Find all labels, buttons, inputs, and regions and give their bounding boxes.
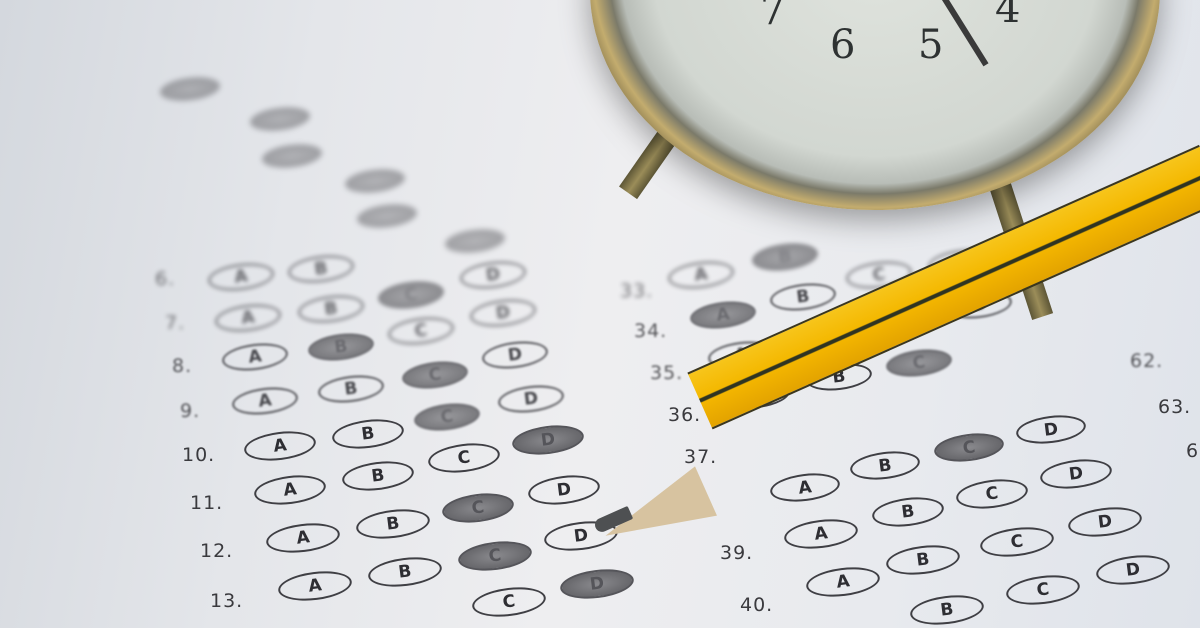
choice-b[interactable]: B xyxy=(297,292,366,326)
choice-b[interactable]: B xyxy=(769,280,838,314)
choice-a[interactable]: A xyxy=(214,301,283,335)
choice-a[interactable]: A xyxy=(243,428,318,465)
choice-c[interactable]: C xyxy=(457,538,534,575)
choice-a[interactable]: A xyxy=(805,564,882,601)
choice-a[interactable]: A xyxy=(207,260,276,294)
choice-b[interactable]: B xyxy=(367,554,444,591)
clock-number: 4 xyxy=(995,0,1020,32)
choice-d[interactable]: D xyxy=(1095,552,1172,589)
answer-bubble xyxy=(356,201,418,230)
choice-d[interactable]: D xyxy=(459,258,528,292)
choice-c[interactable]: C xyxy=(1005,572,1082,609)
question-number: 62. xyxy=(1130,350,1163,372)
question-number: 11. xyxy=(190,492,223,514)
choice-a[interactable]: A xyxy=(253,472,328,509)
clock-number: 5 xyxy=(918,22,943,68)
answer-bubble xyxy=(444,226,506,255)
question-number: 34. xyxy=(634,320,667,342)
choice-b[interactable]: B xyxy=(341,458,416,495)
choice-c[interactable]: C xyxy=(441,490,516,527)
question-number: 63. xyxy=(1158,396,1191,418)
answer-bubble xyxy=(261,141,323,170)
question-number: 35. xyxy=(650,362,683,384)
choice-b[interactable]: B xyxy=(355,506,432,543)
question-number: 9. xyxy=(180,400,200,422)
choice-c[interactable]: C xyxy=(885,346,954,380)
question-number: 10. xyxy=(182,444,215,466)
choice-b[interactable]: B xyxy=(871,494,946,531)
choice-d[interactable]: D xyxy=(511,422,586,459)
choice-a[interactable]: A xyxy=(769,470,842,505)
clock-number: 6 xyxy=(830,22,855,68)
choice-d[interactable]: D xyxy=(527,472,602,509)
choice-b[interactable]: B xyxy=(307,330,376,364)
clock-number: 7 xyxy=(760,0,785,34)
choice-a[interactable]: A xyxy=(265,520,342,557)
choice-c[interactable]: C xyxy=(471,584,548,621)
question-number: 6. xyxy=(155,268,175,290)
choice-b[interactable]: B xyxy=(751,240,820,274)
choice-b[interactable]: B xyxy=(885,542,962,579)
choice-d[interactable]: D xyxy=(1067,504,1144,541)
choice-a[interactable]: A xyxy=(221,340,290,374)
question-number: 13. xyxy=(210,590,243,612)
answer-bubble xyxy=(159,74,221,103)
choice-b[interactable]: B xyxy=(287,252,356,286)
choice-a[interactable]: A xyxy=(231,384,300,418)
choice-a[interactable]: A xyxy=(783,516,860,553)
answer-bubble xyxy=(344,166,406,195)
choice-c[interactable]: C xyxy=(413,400,482,434)
choice-d[interactable]: D xyxy=(1039,456,1114,493)
choice-d[interactable]: D xyxy=(559,566,636,603)
choice-c[interactable]: C xyxy=(955,476,1030,513)
choice-a[interactable]: A xyxy=(689,298,758,332)
choice-d[interactable]: D xyxy=(469,296,538,330)
choice-a[interactable]: A xyxy=(277,568,354,605)
choice-b[interactable]: B xyxy=(317,372,386,406)
choice-b[interactable]: B xyxy=(909,592,986,628)
choice-c[interactable]: C xyxy=(427,440,502,477)
question-number: 33. xyxy=(620,280,653,302)
choice-b[interactable]: B xyxy=(849,448,922,483)
choice-b[interactable]: B xyxy=(331,416,406,453)
question-number: 36. xyxy=(668,404,701,426)
choice-d[interactable]: D xyxy=(1015,412,1088,447)
question-number: 40. xyxy=(740,594,773,616)
question-number: 7. xyxy=(165,312,185,334)
choice-c[interactable]: C xyxy=(933,430,1006,465)
question-number: 39. xyxy=(720,542,753,564)
choice-c[interactable]: C xyxy=(387,314,456,348)
question-number: 6 xyxy=(1186,440,1199,462)
choice-d[interactable]: D xyxy=(481,338,550,372)
question-number: 8. xyxy=(172,355,192,377)
question-number: 37. xyxy=(684,446,717,468)
question-number: 12. xyxy=(200,540,233,562)
choice-c[interactable]: C xyxy=(401,358,470,392)
choice-a[interactable]: A xyxy=(667,258,736,292)
choice-d[interactable]: D xyxy=(497,382,566,416)
choice-c[interactable]: C xyxy=(979,524,1056,561)
answer-bubble xyxy=(249,104,311,133)
choice-c[interactable]: C xyxy=(377,278,446,312)
